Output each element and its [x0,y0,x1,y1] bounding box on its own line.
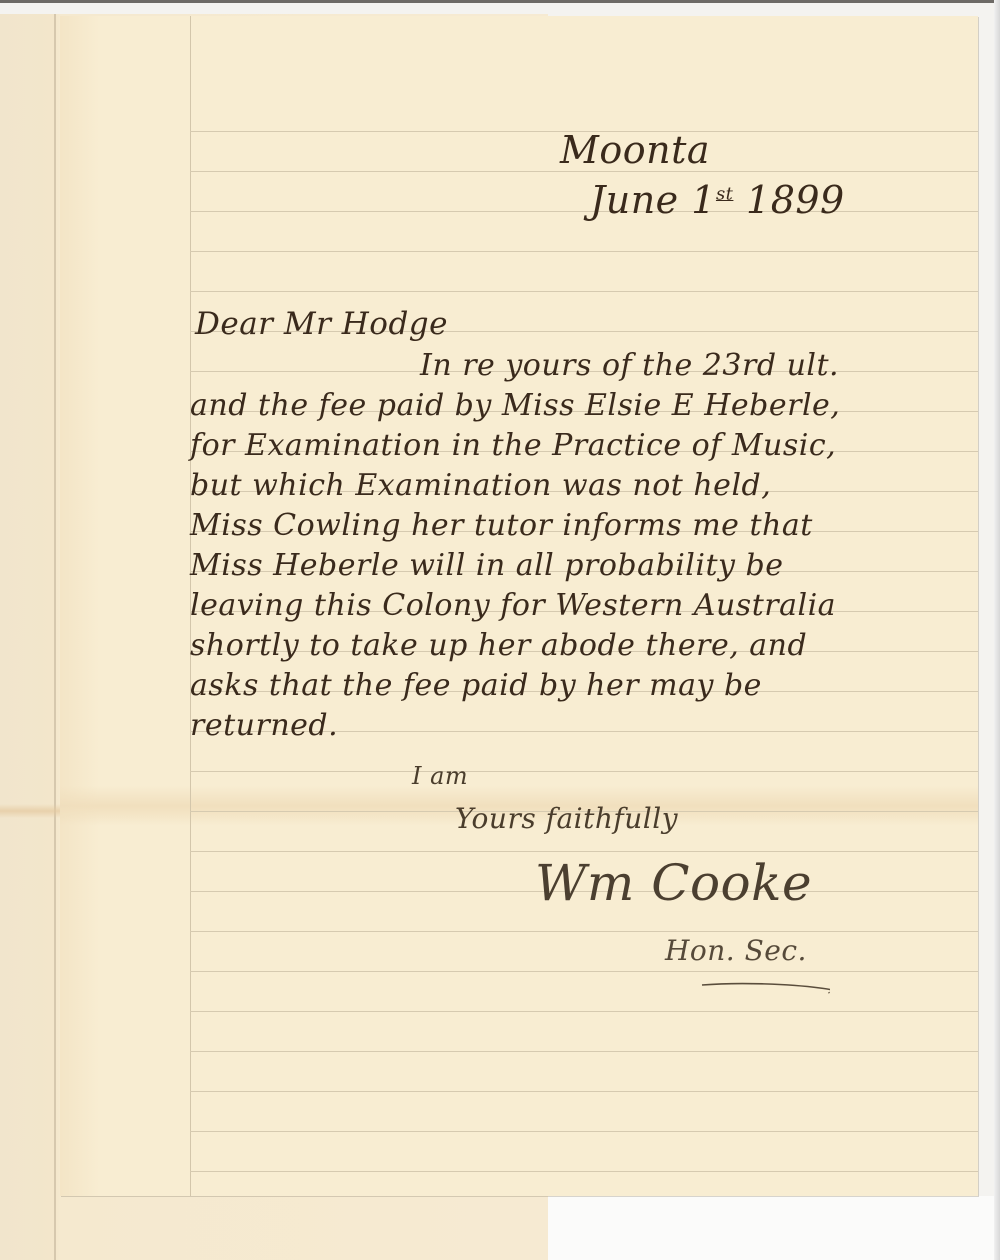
date-year: 1899 [746,178,845,222]
rule-line [190,971,978,972]
body-line: for Examination in the Practice of Music… [190,428,836,463]
body-line: Miss Cowling her tutor informs me that [190,508,813,543]
rule-line [190,931,978,932]
letter-sheet: Moonta June 1st 1899 Dear Mr Hodge In re… [60,16,978,1196]
body-line: leaving this Colony for Western Australi… [190,588,836,623]
rule-line [190,251,978,252]
rule-line [190,1171,978,1172]
rule-line [190,771,978,772]
valediction: Yours faithfully [455,802,678,835]
salutation: Dear Mr Hodge [195,306,448,342]
rule-line [190,851,978,852]
closing-i-am: I am [412,762,468,790]
body-line: asks that the fee paid by her may be [190,668,762,703]
signature: Wm Cooke [535,854,812,912]
scanner-edge-top [0,0,1000,3]
body-line: shortly to take up her abode there, and [190,628,807,663]
rule-line [190,1051,978,1052]
fold-shadow [0,804,60,818]
rule-line [190,211,978,212]
letter-place: Moonta [560,128,710,172]
body-line: In re yours of the 23rd ult. [420,348,839,383]
letter-date: June 1st 1899 [590,178,845,222]
signatory-title: Hon. Sec. [665,934,807,967]
body-line: Miss Heberle will in all probability be [190,548,783,583]
crease-line [54,14,56,1260]
underline-flourish [700,980,830,994]
body-line: and the fee paid by Miss Elsie E Heberle… [190,388,840,423]
rule-line [190,1011,978,1012]
date-month-day: June 1 [590,178,716,222]
rule-line [190,291,978,292]
date-ordinal: st [716,183,733,204]
rule-line [190,1091,978,1092]
body-line: but which Examination was not held, [190,468,771,503]
body-line: returned. [190,708,338,743]
scanner-bed-corner [548,1196,994,1260]
scanner-edge-right [994,0,1000,1260]
rule-line [190,1131,978,1132]
